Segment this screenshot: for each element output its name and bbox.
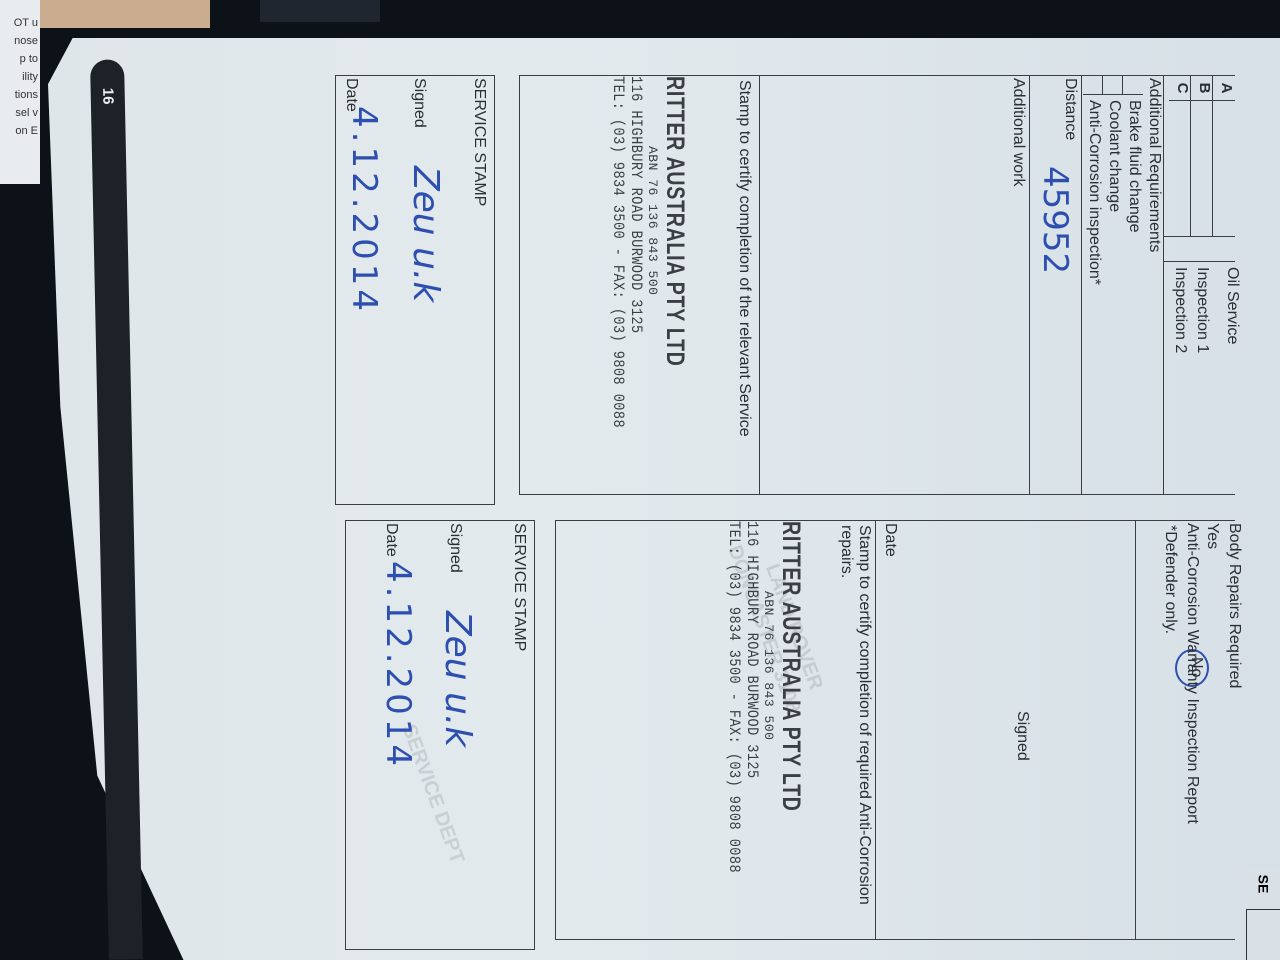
service-label: Inspection 1 [1193,267,1211,353]
service-stamp-label: SERVICE STAMP [510,523,528,651]
stamp-abn: ABN 76 136 843 500 [761,521,776,935]
requirement-item: Coolant change [1105,100,1123,212]
additional-requirements-title: Additional Requirements [1145,78,1163,252]
stamp-abn: ABN 76 136 843 500 [645,76,660,490]
anti-corrosion-instruction: Stamp to certify completion of required … [837,525,873,935]
anti-corrosion-signoff: Signed Date [875,520,1135,940]
footnote: *Defender only. [1161,525,1179,634]
edge-text: ility [0,68,40,86]
service-label: Inspection 2 [1171,267,1189,353]
yes-option[interactable]: Yes [1203,523,1221,549]
row-letter: C [1169,76,1191,100]
signature[interactable]: Zeu u.k [437,611,478,747]
distance-value[interactable]: 45952 [1035,166,1075,274]
edge-text: on E [0,122,40,140]
background-tab [40,0,210,28]
service-signoff: SERVICE STAMP Signed Zeu u.k Date 4.12.2… [335,75,495,505]
stamp-company: RITTER AUSTRALIA PTY LTD [660,76,689,399]
stamp-address: 116 HIGHBURY ROAD BURWOOD 3125 [743,521,761,873]
service-checkbox-c[interactable] [1169,100,1191,237]
service-stamp-instruction: Stamp to certify completion of the relev… [735,80,753,460]
body-repairs-title: Body Repairs Required [1225,523,1243,688]
stamp-address: 116 HIGHBURY ROAD BURWOOD 3125 [627,76,645,428]
signed-label: Signed [1013,711,1031,761]
service-checkbox-b[interactable] [1190,100,1213,237]
stamp-contact: TEL: (03) 9834 3500 - FAX: (03) 9808 008… [609,76,627,428]
signature[interactable]: Zeu u.k [405,166,446,302]
next-page-heading: SE [1255,875,1271,894]
additional-work-label: Additional work [1009,78,1027,187]
stamp-company: RITTER AUSTRALIA PTY LTD [776,521,805,844]
edge-text: sel v [0,104,40,122]
next-page-edge: SE [1240,870,1280,960]
anti-corrosion-service-signoff: SERVICE DEPT SERVICE STAMP Signed Zeu u.… [345,520,535,950]
dealer-stamp: RITTER AUSTRALIA PTY LTD ABN 76 136 843 … [609,76,689,490]
warranty-report-title: Anti-Corrosion Warranty Inspection Repor… [1183,523,1201,824]
next-page-grid [1246,909,1280,960]
date-value[interactable]: 4.12.2014 [344,106,384,315]
background-booklet-edge: OT u nose p to ility tions sel v on E [0,0,40,184]
service-stamp-label: SERVICE STAMP [470,78,488,206]
edge-text: OT u [0,14,40,32]
edge-text: tions [0,86,40,104]
requirement-item: Anti-Corrosion inspection* [1085,100,1103,285]
signed-label: Signed [446,523,464,573]
additional-work-area[interactable]: Additional work [759,75,1029,495]
service-type-table: A B C Oil Service Inspection 1 Inspectio… [1163,75,1235,495]
page-content: A B C Oil Service Inspection 1 Inspectio… [275,75,1235,955]
distance-row: Distance 45952 [1029,75,1081,495]
additional-requirements: Additional Requirements Brake fluid chan… [1081,75,1163,495]
date-value[interactable]: 4.12.2014 [378,561,418,770]
row-letter: B [1190,76,1213,100]
requirement-item: Brake fluid change [1125,100,1143,233]
date-label: Date [881,523,899,557]
service-checkbox-a[interactable] [1212,100,1235,237]
page-number: 16 [99,79,117,113]
row-letter: A [1212,76,1235,100]
service-label: Oil Service [1223,267,1241,344]
stamp-contact: TEL: (03) 9834 3500 - FAX: (03) 9808 008… [725,521,743,873]
edge-text: p to [0,50,40,68]
body-repairs-box: Body Repairs Required Yes No Anti-Corros… [1135,520,1235,940]
edge-text: nose [0,32,40,50]
background-shadow [260,0,380,22]
anti-corrosion-stamp-area: Stamp to certify completion of required … [555,520,875,940]
dealer-stamp: RITTER AUSTRALIA PTY LTD ABN 76 136 843 … [725,521,805,935]
distance-label: Distance [1061,78,1079,140]
service-stamp-area: Stamp to certify completion of the relev… [519,75,759,495]
date-label: Date [382,523,400,557]
signed-label: Signed [410,78,428,128]
